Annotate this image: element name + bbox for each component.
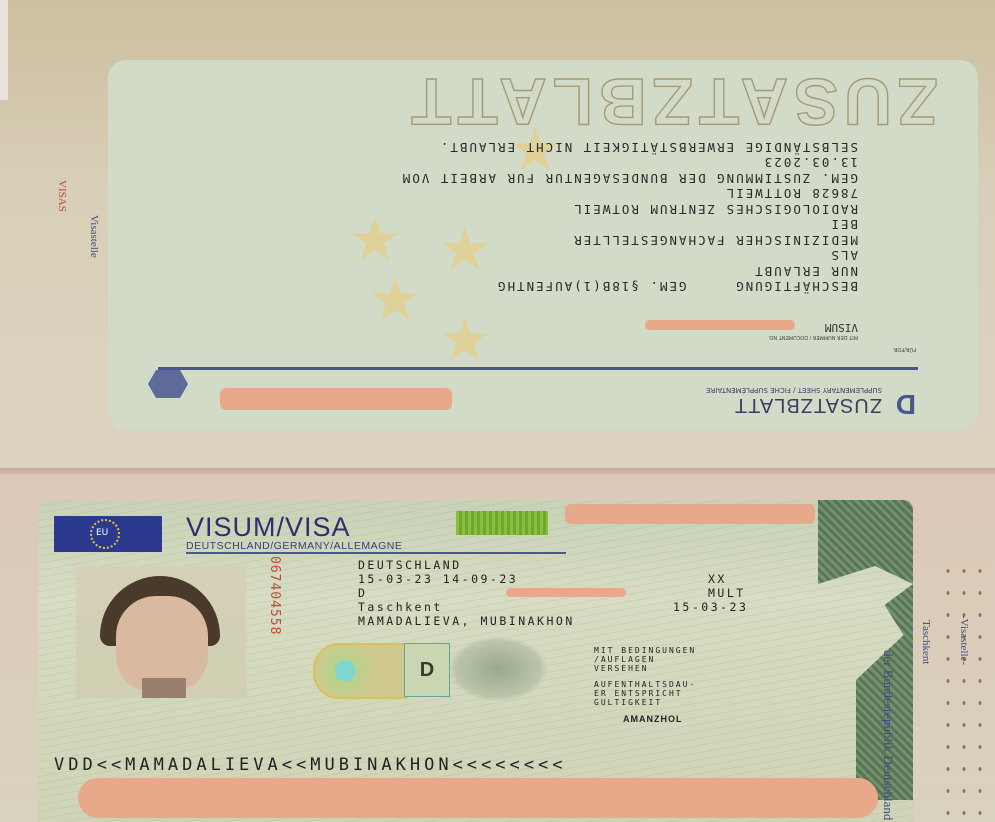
germany-d-mark: D [896,388,916,420]
eu-flag-icon: EU [54,516,162,552]
visas-stamp-red: VISAS [56,180,68,212]
visastelle-stamp: Visastelle [88,215,100,258]
remarks-line: /AUFLAGEN [594,655,655,664]
top-hologram-strip [456,511,548,535]
remarks-line: VERSEHEN [594,664,649,673]
annotation-text: BESCHÄFTIGUNG GEM. §18B(1)AUFENTHG NUR E… [401,140,858,311]
annotation-line: MEDIZINISCHER FACHANGESTELLTER [572,233,858,248]
ghost-image [448,636,548,702]
annotation-line: BESCHÄFTIGUNG GEM. §18B(1)AUFENTHG [496,280,858,295]
remarks-line: GULTIGKEIT [594,698,662,707]
field-type: D [358,586,367,600]
redacted-document-number [645,320,795,330]
kinegram-hologram [313,643,407,699]
signature-name: AMANZHOL [623,714,683,724]
field-valid-for: DEUTSCHLAND [358,558,462,572]
field-name: MAMADALIEVA, MUBINAKHON [358,614,575,628]
holder-photo [76,566,246,698]
page-fold [0,468,995,474]
remarks-line: MIT BEDINGUNGEN [594,646,696,655]
hologram-d-letter: D [404,643,450,697]
visa-country: DEUTSCHLAND/GERMANY/ALLEMAGNE [186,540,402,552]
redacted-top [565,504,815,524]
photo-neck [142,678,186,698]
redacted-mrz-line-2 [78,778,878,818]
field-number-of-entries: XX [708,572,727,586]
field-validity: 15-03-23 14-09-23 [358,572,518,586]
sheet-header-title: ZUSATZBLATT [734,393,882,416]
visa-sticker: EU VISUM/VISA DEUTSCHLAND/GERMANY/ALLEMA… [38,500,913,822]
for-label: FÜR/FOR: [892,346,916,352]
remarks-line: AUFENTHALTSDAU- [594,680,696,689]
header-divider [158,367,918,370]
field-date-of-issue: 15-03-23 [673,600,748,614]
annotation-line: SELBSTÄNDIGE ERWERBSTÄTIGKEIT NICHT ERLA… [439,140,858,155]
remarks-line: ER ENTSPRICHT [594,689,683,698]
field-place-of-issue: Taschkent [358,600,443,614]
zusatzblatt-watermark: ZUSATZBLATT [405,64,938,140]
eu-label: EU [96,528,108,538]
annotation-line: ALS [829,249,858,264]
side-stamp-republic: der Bundesrepublik Deutschland [880,650,896,820]
annotation-line: 13.03.2023 [763,156,858,171]
visa-title: VISUM/VISA [186,512,351,543]
perforation-dots [940,560,990,820]
side-stamp-city: Taschkent [920,620,932,664]
background-strip [0,0,8,100]
visa-serial-number: 067404558 [267,556,282,635]
federal-eagle-icon [148,370,188,398]
annotation-line: 78628 ROTTWEIL [725,187,858,202]
annotation-line: RADIOLOGISCHES ZENTRUM ROTWEIL [572,202,858,217]
supplementary-sheet: ★ ★ ★ ★ ★ ZUSATZBLATT D ZUSATZBLATT SUPP… [108,60,978,430]
annotation-line: BEI [829,218,858,233]
security-pattern [818,500,913,800]
annotation-line: NUR ERLAUBT [753,264,858,279]
visa-title-divider [186,552,566,554]
redacted-passport-number [506,588,626,597]
annotation-line: GEM. ZUSTIMMUNG DER BUNDESAGENTUR FUR AR… [401,171,858,186]
document-number-label: MIT DER NUMMER / DOCUMENT NO. [768,334,858,340]
field-entries: MULT [708,586,746,600]
redacted-field [220,388,452,410]
sheet-header-subtitle: SUPPLEMENTARY SHEET / FICHE SUPPLÉMENTAI… [706,386,882,394]
document-type: VISUM [825,321,858,334]
mrz-line-1: VDD<<MAMADALIEVA<<MUBINAKHON<<<<<<<< [54,755,566,775]
